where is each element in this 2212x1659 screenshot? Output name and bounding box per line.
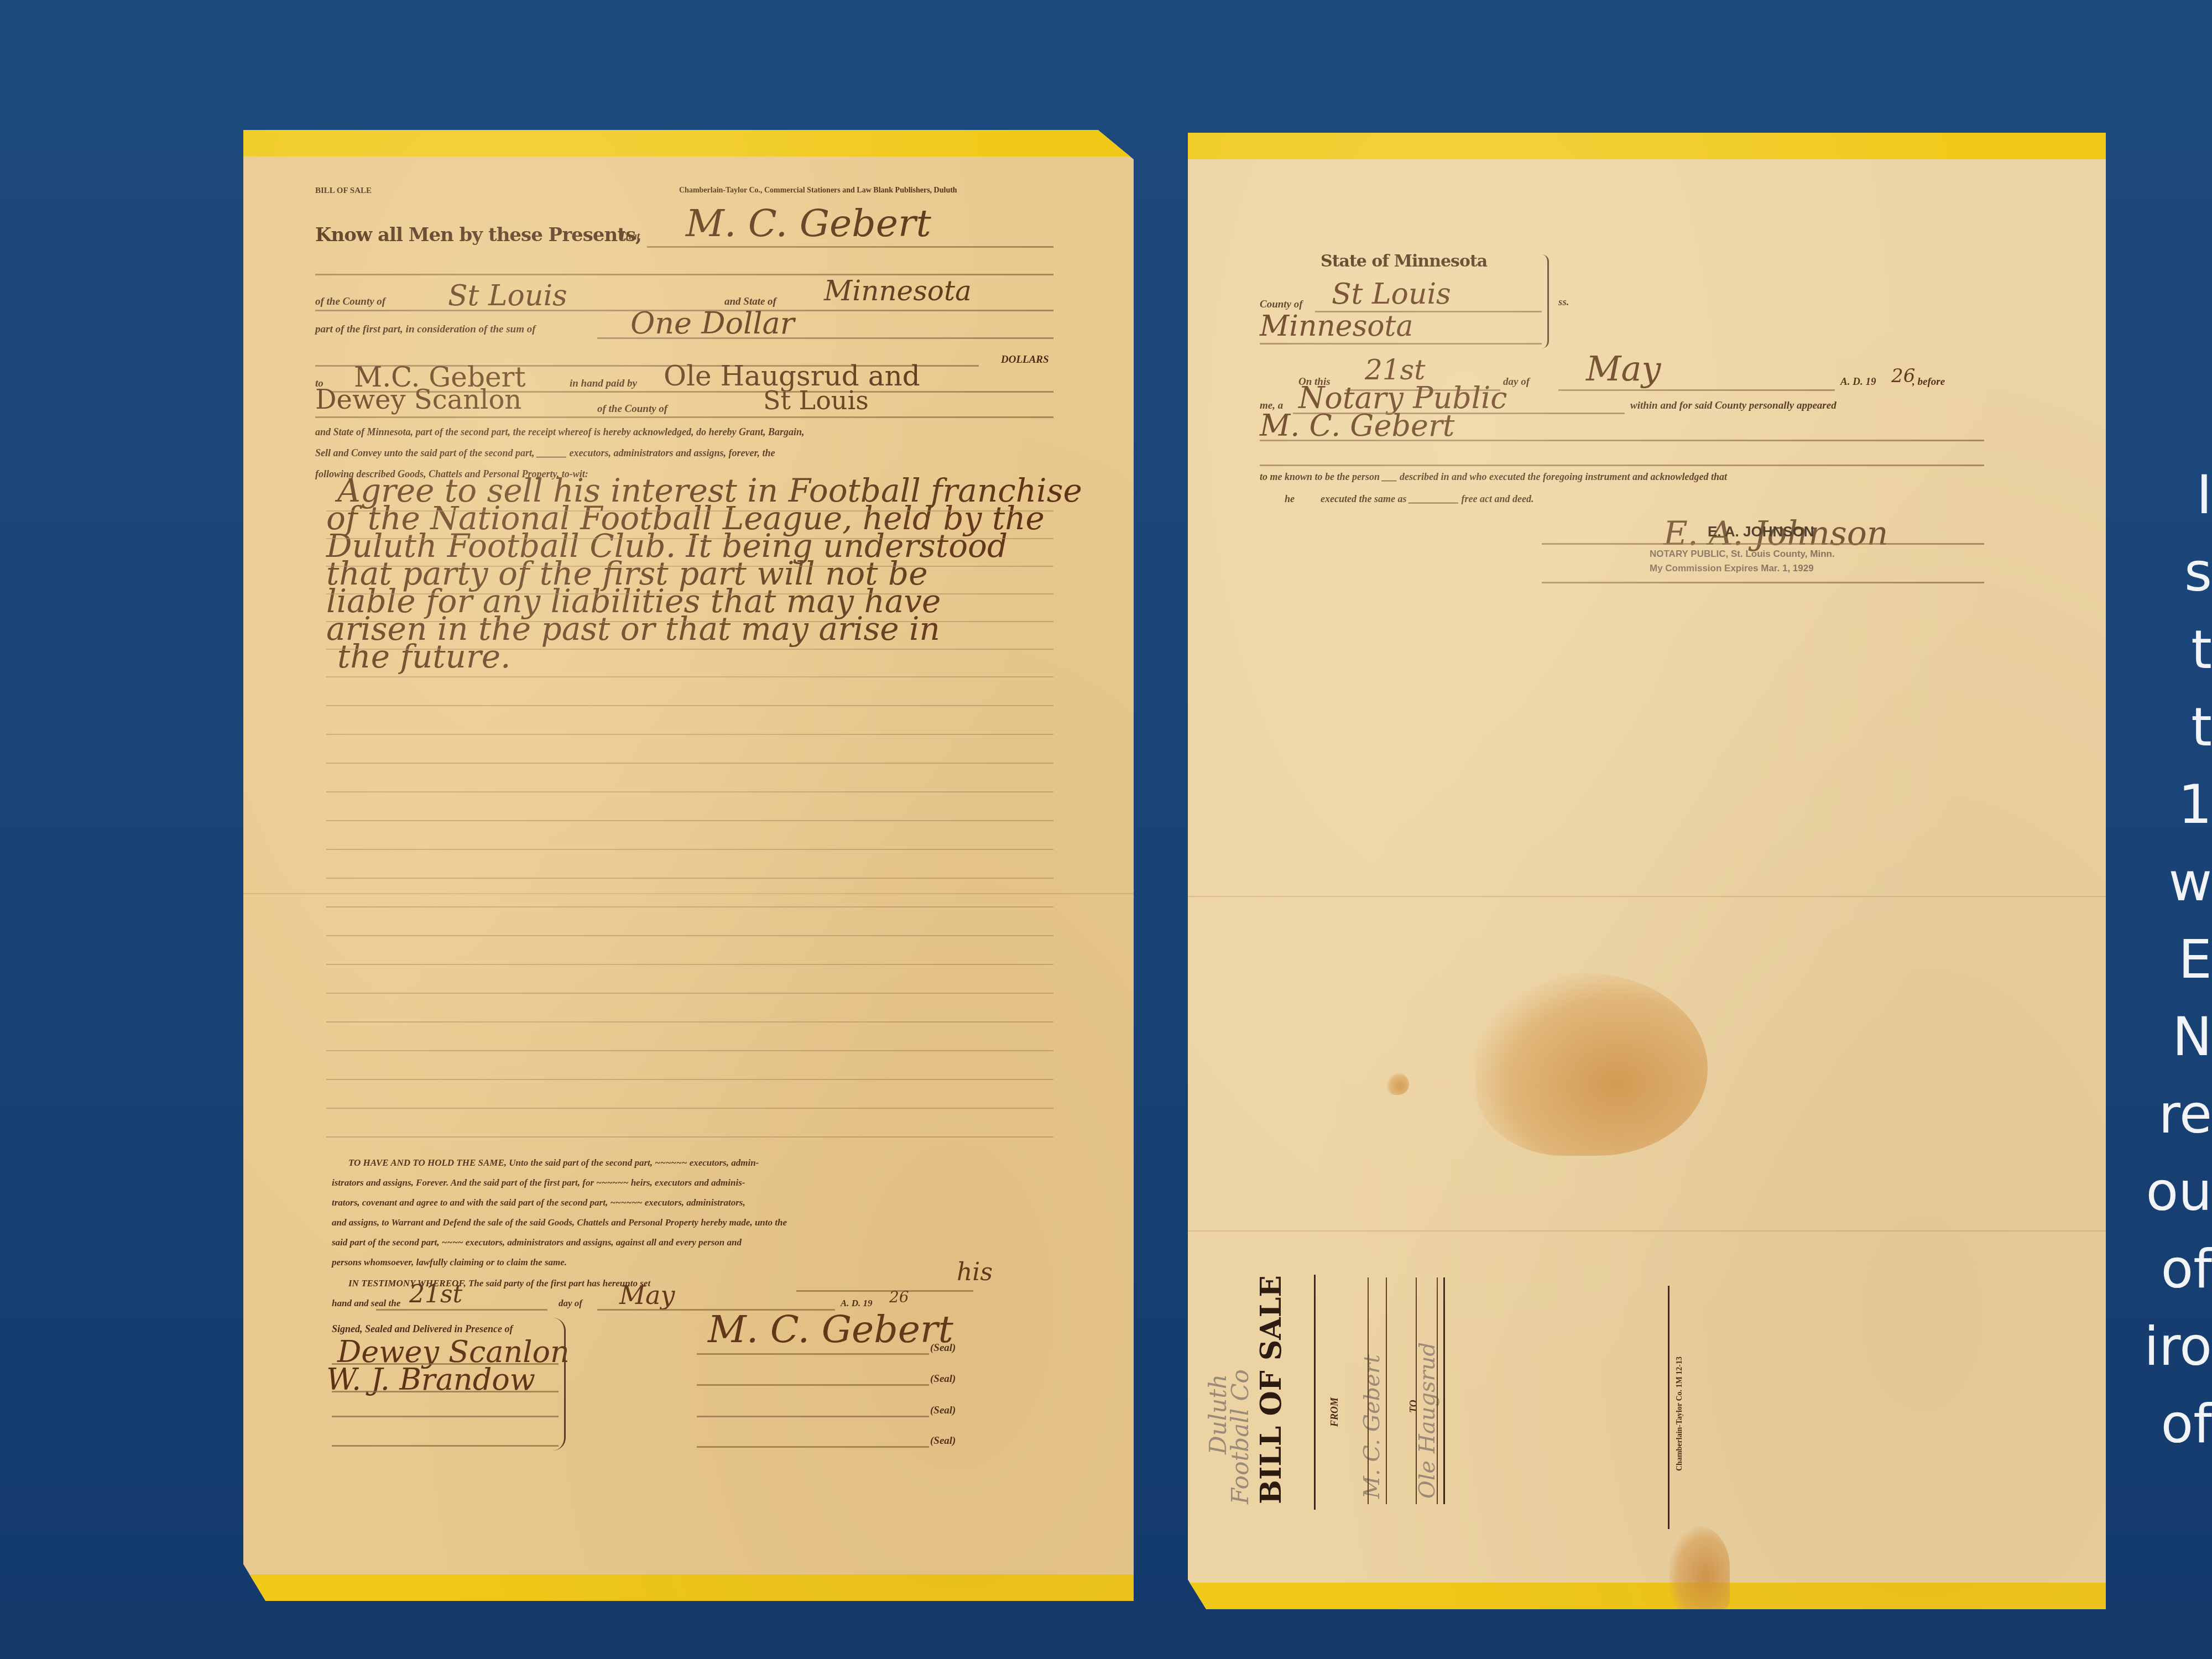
grantor-state: Minnesota [824,275,972,307]
county-bracket [1542,254,1549,348]
known-text: to me known to be the person ___ describ… [1260,471,1727,483]
notary-year: 26 [1891,365,1915,387]
day-of-label: day of [559,1298,582,1309]
testimony-day: 21st [409,1280,462,1308]
caption-fragment: w [2168,841,2212,924]
consideration-sum: One Dollar [630,306,795,341]
he-label: he [1285,493,1295,505]
yellow-mount-band-bottom [1188,1583,2106,1609]
paid-by-label: in hand paid by [570,378,637,390]
notary-county-line2: Minnesota [1260,310,1413,343]
water-stain [1475,973,1708,1156]
witness-bracket [553,1318,566,1451]
caption-fragment: t [2191,608,2212,691]
water-stain-bottom [1669,1526,1730,1609]
testimony-month: May [619,1280,675,1310]
seal-label: (Seal) [930,1435,956,1447]
notary-stamp-line2: My Commission Expires Mar. 1, 1929 [1650,563,1814,574]
notary-month: May [1586,348,1661,389]
yellow-mount-band-top [243,130,1134,156]
within-label: within and for said County personally ap… [1630,400,1837,412]
buyer-county-label: of the County of [597,403,667,415]
witness-label: Signed, Sealed and Delivered in Presence… [332,1323,513,1335]
yellow-mount-band-top [1188,133,2106,159]
appeared-name: M. C. Gebert [1260,408,1454,443]
ad-label: A. D. 19 [1840,376,1876,388]
publisher-line: Chamberlain-Taylor Co., Commercial Stati… [679,186,957,195]
caption-fragment: E [2178,918,2212,1001]
seal-label: (Seal) [930,1373,956,1385]
notary-stamp-name: E. A. JOHNSON [1708,523,1814,540]
cover-title: BILL OF SALE [1254,1275,1288,1504]
hand-seal-label: hand and seal the [332,1298,400,1309]
exhibit-caption-panel: I s t t 1 w E N re ou of iro of [2112,453,2212,1559]
notary-acknowledgment-document: State of Minnesota County of St Louis Mi… [1188,133,2106,1609]
county-label: of the County of [315,296,385,308]
testimony-text: IN TESTIMONY WHEREOF, The said party of … [348,1278,650,1289]
signer-signature: M. C. Gebert [708,1308,953,1352]
cover-handwritten-2: Football Co [1227,1369,1254,1504]
before-label: , before [1912,376,1945,388]
seal-label: (Seal) [930,1342,956,1354]
yellow-mount-band-bottom [243,1574,1134,1601]
habendum-line: persons whomsoever, lawfully claiming or… [332,1257,567,1268]
cover-from-label: FROM [1329,1397,1340,1427]
grant-text-1: and State of Minnesota, part of the seco… [315,426,805,438]
caption-fragment: re [2159,1073,2212,1156]
seal-label: (Seal) [930,1405,956,1417]
caption-fragment: t [2191,686,2212,769]
that-label: That [619,231,640,243]
caption-fragment: 1 [2178,763,2212,846]
ss-label: ss. [1558,296,1569,309]
dollars-label: DOLLARS [1001,354,1049,366]
caption-fragment: s [2184,531,2212,614]
caption-fragment: of [2161,1383,2212,1465]
caption-fragment: ou [2146,1150,2212,1233]
caption-fragment: I [2197,453,2212,536]
county-label: County of [1260,299,1303,311]
buyer-county: St Louis [763,385,869,415]
state-heading: State of Minnesota [1321,252,1487,271]
testimony-his: his [957,1258,993,1286]
habendum-line: and assigns, to Warrant and Defend the s… [332,1217,787,1228]
caption-fragment: N [2172,995,2212,1078]
testimony-year: 26 [889,1288,909,1306]
habendum-line: istrators and assigns, Forever. And the … [332,1177,745,1188]
notary-county: St Louis [1332,278,1451,311]
habendum-line: TO HAVE AND TO HOLD THE SAME, Unto the s… [348,1157,759,1168]
cover-printer: Chamberlain-Taylor Co. 1M 12-13 [1676,1357,1684,1471]
habendum-line: said part of the second part, ~~~~ execu… [332,1237,742,1248]
caption-fragment: iro [2144,1305,2212,1388]
grant-text-2: Sell and Convey unto the said part of th… [315,447,775,459]
bill-of-sale-document: BILL OF SALE Chamberlain-Taylor Co., Com… [243,130,1134,1601]
habendum-line: trators, covenant and agree to and with … [332,1197,745,1208]
caption-fragment: of [2161,1228,2212,1311]
form-label: BILL OF SALE [315,186,372,196]
cover-from-value: M. C. Gebert [1359,1354,1385,1499]
heading: Know all Men by these Presents, [315,224,641,246]
notary-stamp-line1: NOTARY PUBLIC, St. Louis County, Minn. [1650,549,1835,560]
consideration-label: part of the first part, in consideration… [315,324,536,336]
water-stain-spot [1387,1073,1409,1095]
grantor-county: St Louis [448,279,567,312]
executed-text: executed the same as __________ free act… [1321,493,1533,505]
ad-label: A. D. 19 [841,1298,873,1309]
buyer-line-2: Dewey Scanlon [315,384,521,415]
description-line: the future. [337,638,510,675]
grantor-name: M. C. Gebert [686,202,931,246]
